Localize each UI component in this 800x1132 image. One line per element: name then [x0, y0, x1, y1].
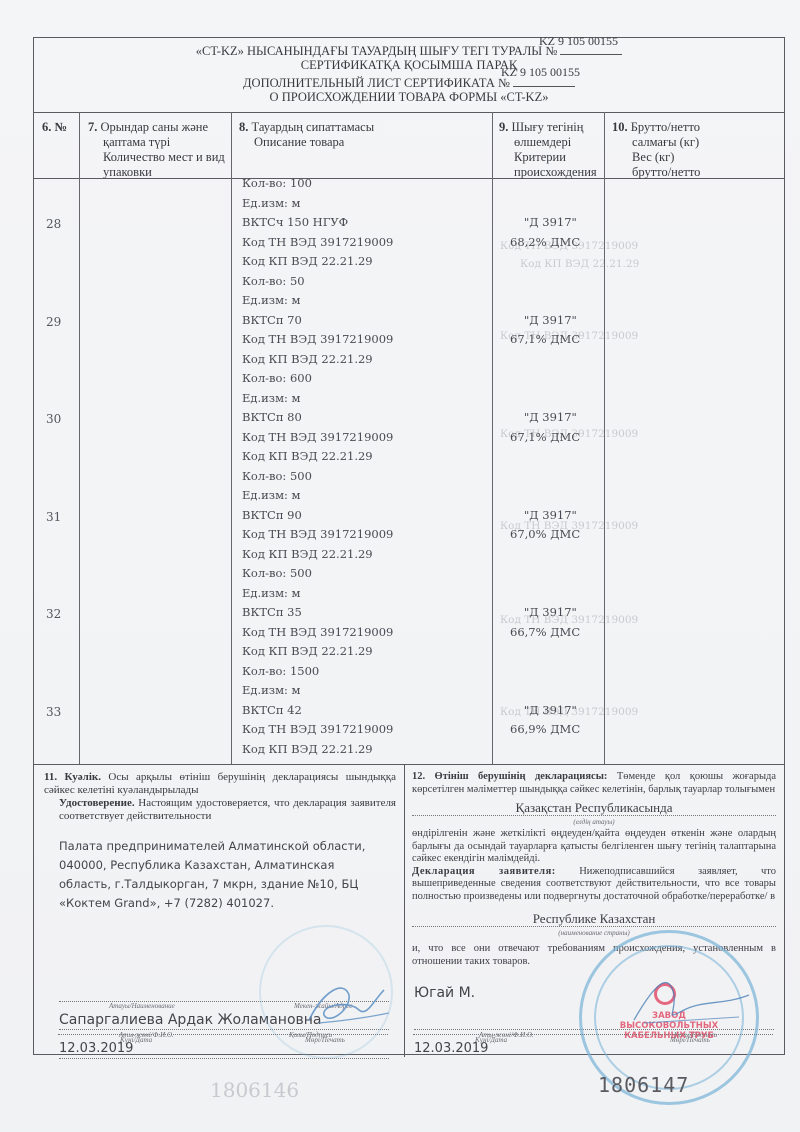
- unit-line: Ед.изм: м: [242, 391, 301, 405]
- origin-criterion: "Д 3917": [524, 605, 577, 619]
- product-name: ВКТСп 90: [242, 508, 302, 522]
- origin-criterion: "Д 3917": [524, 313, 577, 327]
- origin-percent: 66,9% ДМС: [510, 722, 580, 736]
- title-ru-text: ДОПОЛНИТЕЛЬНЫЙ ЛИСТ СЕРТИФИКАТА №: [243, 76, 510, 90]
- country-ru: Республике Казахстан: [412, 913, 776, 926]
- certificate-frame: «CT-KZ» НЫСАНЫНДАҒЫ ТАУАРДЫҢ ШЫҒУ ТЕГІ Т…: [33, 37, 785, 1055]
- code-tn-ved: Код ТН ВЭД 3917219009: [242, 332, 393, 346]
- column-header-text: Орындар саны және: [101, 120, 209, 134]
- certificate-number-ru: KZ 9 105 00155: [501, 65, 580, 80]
- column-header-origin-criteria: 9. Шығу тегінің өлшемдері Критерии проис…: [499, 120, 597, 180]
- row-number: 29: [46, 315, 61, 329]
- origin-percent: 67,0% ДМС: [510, 527, 580, 541]
- origin-criterion: "Д 3917": [524, 215, 577, 229]
- row-number: 28: [46, 217, 61, 231]
- org-line: Палата предпринимателей Алматинской обла…: [59, 837, 365, 856]
- caption-seal: Мөрі/Печать: [670, 1036, 710, 1044]
- origin-criterion: "Д 3917": [524, 410, 577, 424]
- row-number: 31: [46, 510, 61, 524]
- code-tn-ved: Код ТН ВЭД 3917219009: [242, 430, 393, 444]
- title-ru-line1: ДОПОЛНИТЕЛЬНЫЙ ЛИСТ СЕРТИФИКАТА №: [34, 76, 784, 91]
- origin-percent: 68,2% ДМС: [510, 235, 580, 249]
- title-ru-line2: О ПРОИСХОЖДЕНИИ ТОВАРА ФОРМЫ «CT-KZ»: [34, 90, 784, 105]
- quantity-line: Кол-во: 1500: [242, 664, 319, 678]
- serial-number: 1806147: [598, 1073, 689, 1097]
- product-name: ВКТСп 35: [242, 605, 302, 619]
- box-11-title-ru: Удостоверение.: [59, 797, 135, 809]
- origin-percent: 67,1% ДМС: [510, 430, 580, 444]
- table-body: Кол-во: 100Ед.изм: м28ВКТСч 150 НГУФ"Д 3…: [34, 178, 784, 764]
- code-kp-ved: Код КП ВЭД 22.21.29: [242, 742, 373, 756]
- dotted-line: [58, 1034, 388, 1035]
- document-header: «CT-KZ» НЫСАНЫНДАҒЫ ТАУАРДЫҢ ШЫҒУ ТЕГІ Т…: [34, 38, 784, 113]
- org-line: 040000, Республика Казахстан, Алматинска…: [59, 856, 365, 875]
- origin-percent: 67,1% ДМС: [510, 332, 580, 346]
- declaration-section: 11. Куәлік. Осы арқылы өтініш берушінің …: [34, 764, 784, 1057]
- caption-name: Атауы/Наименование: [109, 1002, 175, 1010]
- signature-box-12: [624, 965, 754, 1035]
- unit-line: Ед.изм: м: [242, 488, 301, 502]
- row-number: 33: [46, 705, 61, 719]
- box-11-certification: 11. Куәлік. Осы арқылы өтініш берушінің …: [44, 771, 396, 823]
- certificate-number-kz: KZ 9 105 00155: [539, 34, 618, 49]
- code-kp-ved: Код КП ВЭД 22.21.29: [242, 644, 373, 658]
- caption-date: Күні/Дата: [120, 1036, 152, 1044]
- code-kp-ved: Код КП ВЭД 22.21.29: [242, 254, 373, 268]
- code-kp-ved: Код КП ВЭД 22.21.29: [242, 352, 373, 366]
- caption-seal: Мөрі/Печать: [305, 1036, 345, 1044]
- box-12-title-ru: Декларация заявителя:: [412, 866, 556, 877]
- column-header-packages: 7. Орындар саны және қаптама түрі Количе…: [88, 120, 225, 180]
- unit-line: Ед.изм: м: [242, 293, 301, 307]
- origin-criterion: "Д 3917": [524, 508, 577, 522]
- section-divider: [404, 765, 405, 1057]
- unit-line: Ед.изм: м: [242, 683, 301, 697]
- column-header-text: Шығу тегінің: [512, 120, 584, 134]
- caption-country-kz: (елдің атауы): [412, 816, 776, 829]
- code-tn-ved: Код ТН ВЭД 3917219009: [242, 625, 393, 639]
- box-12-title: 12. Өтініш берушінің декларациясы:: [412, 771, 607, 782]
- row-number: 30: [46, 412, 61, 426]
- unit-line: Ед.изм: м: [242, 196, 301, 210]
- product-name: ВКТСп 80: [242, 410, 302, 424]
- column-header-number: 6. №: [42, 120, 67, 135]
- country-kz: Қазақстан Республикасында: [412, 802, 776, 815]
- column-header-text: Тауардың сипаттамасы: [252, 120, 375, 134]
- dotted-line: [59, 1058, 389, 1059]
- quantity-line: Кол-во: 50: [242, 274, 305, 288]
- unit-line: Ед.изм: м: [242, 586, 301, 600]
- issuing-organization: Палата предпринимателей Алматинской обла…: [59, 837, 365, 913]
- title-kz-line1: «CT-KZ» НЫСАНЫНДАҒЫ ТАУАРДЫҢ ШЫҒУ ТЕГІ Т…: [34, 44, 784, 59]
- code-tn-ved: Код ТН ВЭД 3917219009: [242, 722, 393, 736]
- box-11-title: 11. Куәлік.: [44, 771, 101, 783]
- quantity-line: Кол-во: 100: [242, 176, 312, 190]
- title-kz-line2: СЕРТИФИКАТҚА ҚОСЫМША ПАРАҚ: [34, 58, 784, 73]
- code-kp-ved: Код КП ВЭД 22.21.29: [242, 449, 373, 463]
- column-header-text: Брутто/нетто: [631, 120, 700, 134]
- org-line: область, г.Талдыкорган, 7 мкрн, здание №…: [59, 875, 365, 894]
- org-line: «Коктем Grand», +7 (7282) 401027.: [59, 894, 365, 913]
- product-name: ВКТСч 150 НГУФ: [242, 215, 348, 229]
- quantity-line: Кол-во: 500: [242, 469, 312, 483]
- box-12-signer-name: Югай М.: [414, 985, 475, 1001]
- caption-country-ru: (наименование страны): [412, 927, 776, 940]
- row-number: 32: [46, 607, 61, 621]
- origin-percent: 66,7% ДМС: [510, 625, 580, 639]
- quantity-line: Кол-во: 500: [242, 566, 312, 580]
- column-header-weight: 10. Брутто/нетто салмағы (кг) Вес (кг) б…: [612, 120, 700, 180]
- title-kz-text: «CT-KZ» НЫСАНЫНДАҒЫ ТАУАРДЫҢ ШЫҒУ ТЕГІ Т…: [196, 44, 558, 58]
- product-name: ВКТСп 42: [242, 703, 302, 717]
- box-12-declaration: 12. Өтініш берушінің декларациясы: Төмен…: [412, 771, 776, 968]
- origin-criterion: "Д 3917": [524, 703, 577, 717]
- product-name: ВКТСп 70: [242, 313, 302, 327]
- quantity-line: Кол-во: 600: [242, 371, 312, 385]
- certificate-page: Код ТН ВЭД 3917219009 Код КП ВЭД 22.21.2…: [0, 0, 800, 1132]
- table-header: 6. № 7. Орындар саны және қаптама түрі К…: [34, 112, 784, 179]
- caption-date: Күні/Дата: [475, 1036, 507, 1044]
- code-tn-ved: Код ТН ВЭД 3917219009: [242, 235, 393, 249]
- box-12-text-kz-2: өндірілгенін және жеткілікті өңдеуден/қа…: [412, 828, 776, 866]
- code-tn-ved: Код ТН ВЭД 3917219009: [242, 527, 393, 541]
- code-kp-ved: Код КП ВЭД 22.21.29: [242, 547, 373, 561]
- dotted-line: [413, 1034, 773, 1035]
- column-header-description: 8. Тауардың сипаттамасы Описание товара: [239, 120, 374, 150]
